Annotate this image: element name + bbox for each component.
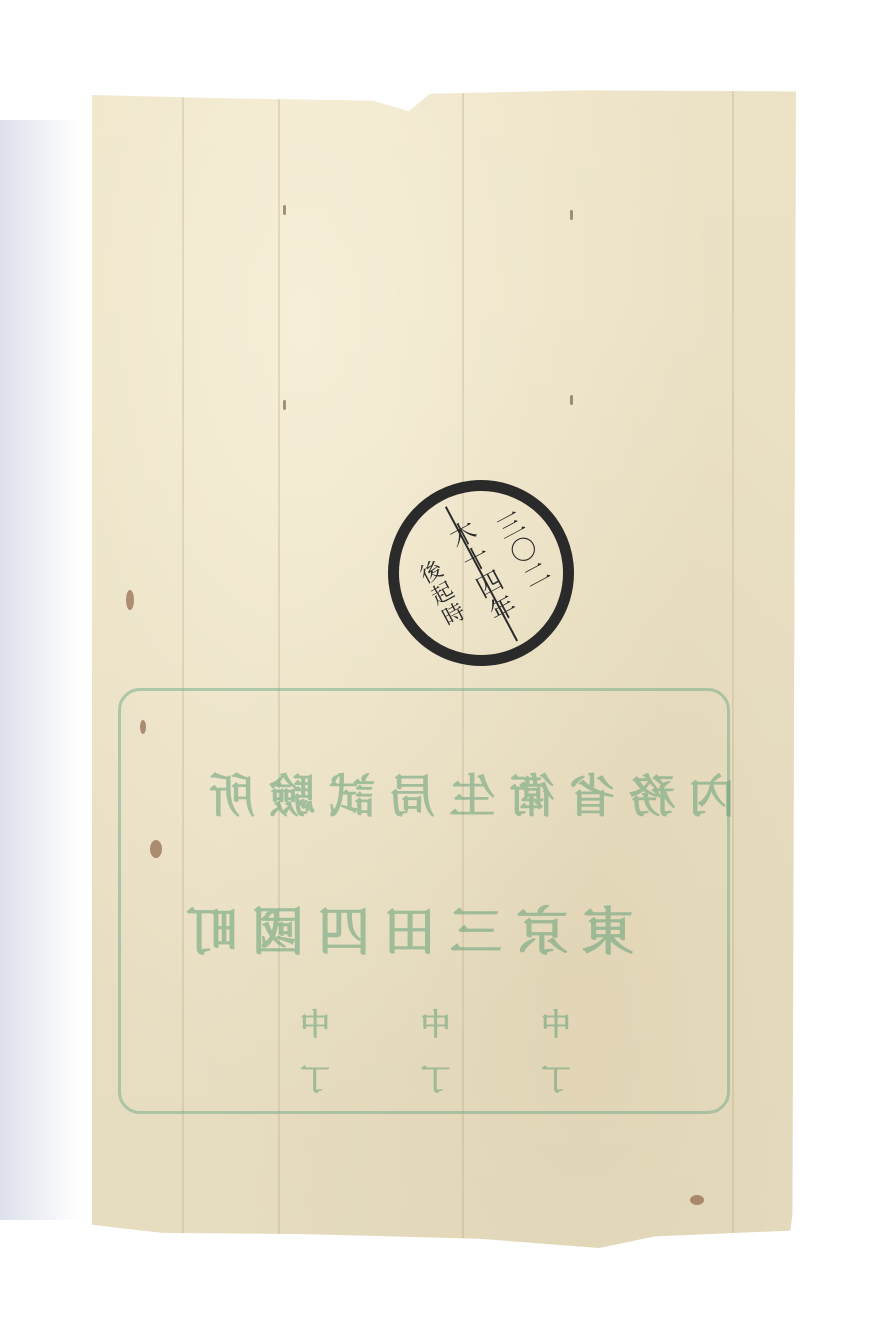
pinhole-mark — [570, 210, 573, 220]
pinhole-mark — [570, 395, 573, 405]
scanner-shadow — [0, 120, 80, 1220]
rust-stain — [690, 1195, 704, 1205]
stamp-line-address: 東京三田四國町 — [172, 890, 634, 965]
rust-stain — [126, 590, 134, 610]
pinhole-mark — [283, 400, 286, 410]
fold-line — [732, 88, 734, 1248]
stamp-line-office: 內務省衛生局試驗所 — [195, 760, 735, 826]
stamp-line-3: 中 中 中 — [260, 1000, 571, 1044]
stamp-line-4: 丁 丁 丁 — [260, 1055, 571, 1099]
pinhole-mark — [283, 205, 286, 215]
